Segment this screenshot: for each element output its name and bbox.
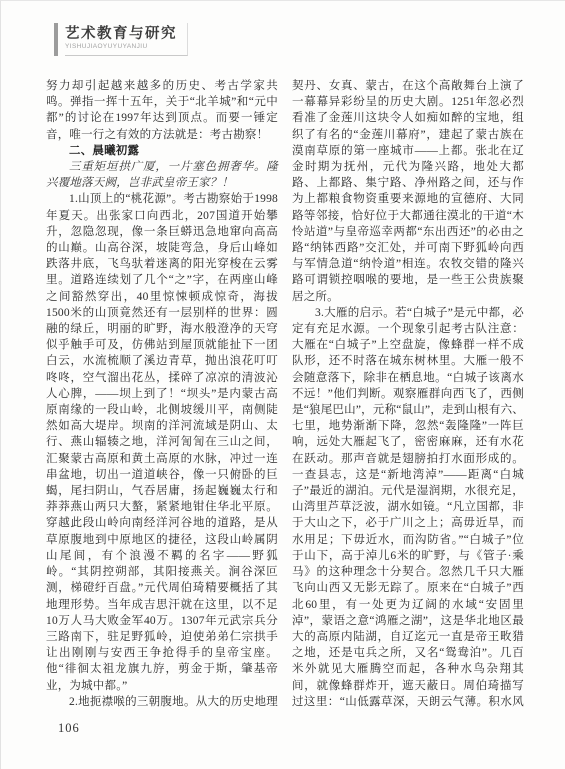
- text-column-right: 契丹、女真、蒙古，在这个高敞舞台上演了一幕幕异彩纷呈的历史大剧。1251年忽必烈…: [292, 78, 524, 710]
- journal-title: 艺术教育与研究: [65, 25, 177, 43]
- paragraph: 三重矩垣拱广厦，一片塞色拥奢华。隆兴覆地落天阙，岂非武皇帝王家？！: [46, 159, 278, 191]
- page-number: 106: [58, 721, 80, 736]
- article-body: 努力却引起越来越多的历史、考古学家共鸣。弹指一挥十五年，关于“北羊城”和“元中都…: [46, 78, 525, 710]
- paragraph: 1.山顶上的“桃花源”。考古勘察始于1998年夏天。出张家口向西北，207国道开…: [46, 191, 278, 693]
- paragraph: 努力却引起越来越多的历史、考古学家共鸣。弹指一挥十五年，关于“北羊城”和“元中都…: [46, 78, 278, 143]
- paragraph: 契丹、女真、蒙古，在这个高敞舞台上演了一幕幕异彩纷呈的历史大剧。1251年忽必烈…: [292, 78, 524, 305]
- paragraph: 2.地扼襟喉的三朝腹地。从大的历史地理背景观察，“白城子”正处在辽金元腹地。张北…: [46, 694, 278, 710]
- header-text-block: 艺术教育与研究 YISHUJIAOYUYUYANJIU: [65, 23, 188, 56]
- section-heading: 二、晨曦初露: [46, 143, 278, 159]
- text-column-left: 努力却引起越来越多的历史、考古学家共鸣。弹指一挥十五年，关于“北羊城”和“元中都…: [46, 78, 278, 710]
- journal-page: 艺术教育与研究 YISHUJIAOYUYUYANJIU 努力却引起越来越多的历史…: [0, 0, 565, 769]
- journal-pinyin: YISHUJIAOYUYUYANJIU: [65, 43, 177, 51]
- journal-header: 艺术教育与研究 YISHUJIAOYUYUYANJIU: [54, 23, 188, 56]
- header-accent-bar: [54, 23, 58, 56]
- paragraph: 3.大雁的启示。若“白城子”是元中都，必定有充足水源。一个现象引起考古队注意：大…: [292, 305, 524, 710]
